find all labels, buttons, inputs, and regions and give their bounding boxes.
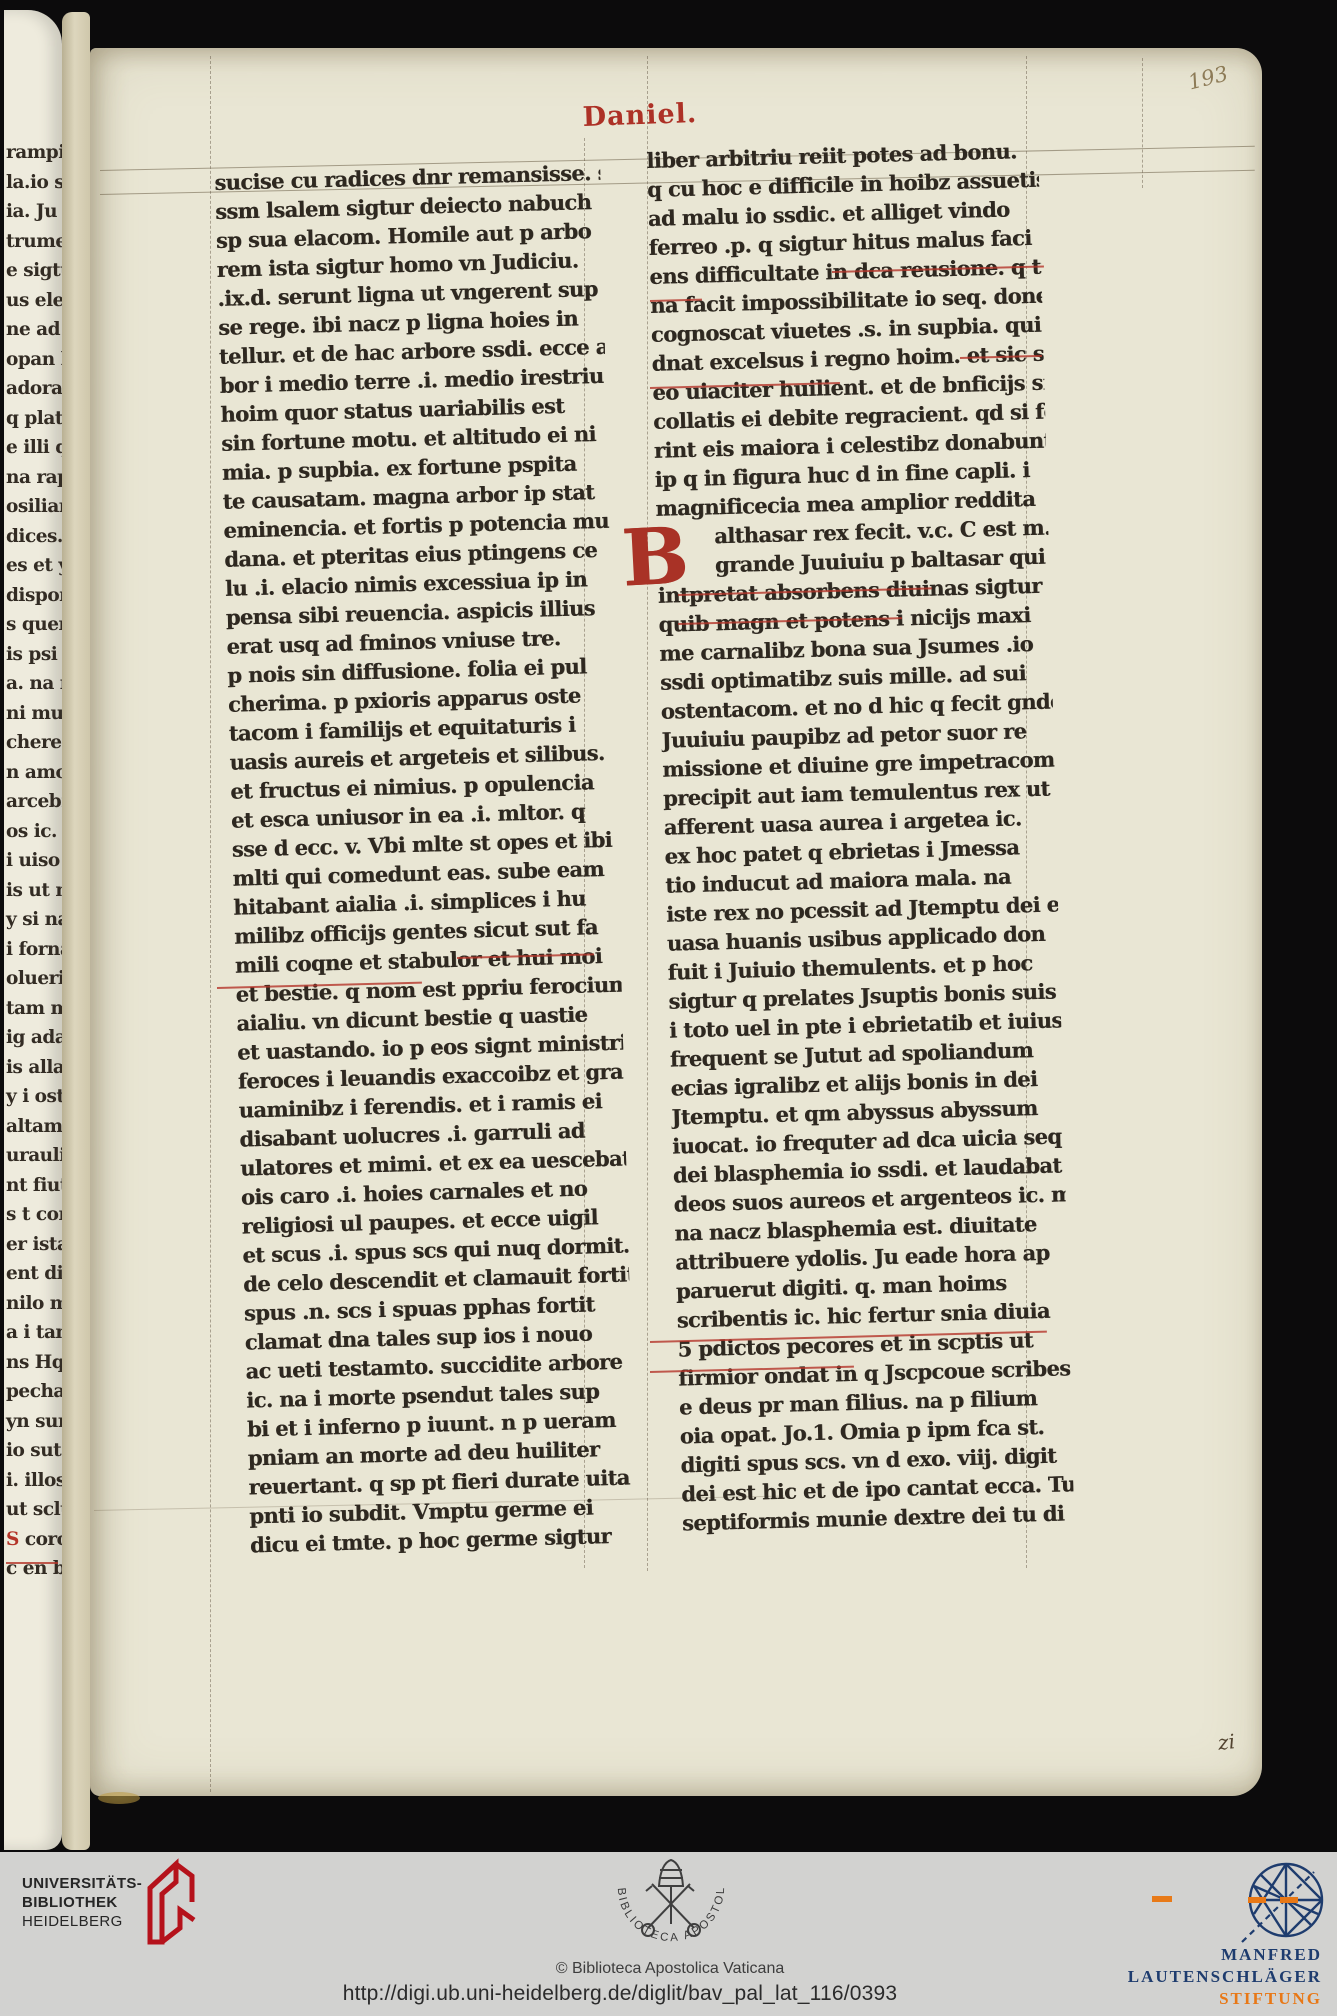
- margin-fragment-line: i. illos ds: [4, 1466, 62, 1496]
- margin-fragment-line: adorant: [4, 374, 62, 404]
- margin-fragment-line: ni muisse: [4, 699, 62, 729]
- margin-fragment-line: nt fiut m: [4, 1171, 62, 1201]
- margin-fragment-line: yn sur tem: [4, 1407, 62, 1437]
- page-fore-edge: [62, 12, 90, 1850]
- margin-fragment-line: e illi que: [4, 433, 62, 463]
- margin-fragment-line: la.io sigt: [4, 168, 62, 198]
- margin-fragment-line: is ut mr: [4, 876, 62, 906]
- margin-fragment-line: a. na ms: [4, 669, 62, 699]
- stiftung-line-2: LAUTENSCHLÄGER: [1128, 1966, 1322, 1988]
- ub-line-1: UNIVERSITÄTS-: [22, 1874, 142, 1893]
- margin-fragment-line: rampi du: [4, 138, 62, 168]
- margin-fragment-line: es et y: [4, 551, 62, 581]
- margin-fragment-line: n amor: [4, 758, 62, 788]
- margin-fragment-line: e sigtur q: [4, 256, 62, 286]
- margin-fragment-line: opan hac: [4, 345, 62, 375]
- margin-fragment-line: oluerit: [4, 964, 62, 994]
- stiftung-line-3: STIFTUNG: [1128, 1988, 1322, 2010]
- margin-fragment-line: ne ad ei: [4, 315, 62, 345]
- margin-fragment-line: c en boris: [4, 1554, 62, 1584]
- ub-heidelberg-wordmark: UNIVERSITÄTS- BIBLIOTHEK HEIDELBERG: [22, 1874, 142, 1931]
- margin-fragment-line: is alla mo: [4, 1053, 62, 1083]
- margin-fragment-line: nilo mole: [4, 1289, 62, 1319]
- margin-fragment-line: disponit: [4, 581, 62, 611]
- ruling-line-vertical: [1142, 58, 1143, 188]
- scanned-manuscript-page: rampi dula.io sigtia. Ju huitrumetae sig…: [0, 0, 1337, 2016]
- margin-fragment-line: q platu: [4, 404, 62, 434]
- margin-fragment-line: na rapem: [4, 463, 62, 493]
- margin-fragment-line: i fornae: [4, 935, 62, 965]
- text-column-right: liber arbitriu reiit potes ad bonu.q cu …: [646, 136, 1074, 1538]
- ruling-line-vertical: [647, 56, 648, 1571]
- margin-fragment-line: ns Hquis: [4, 1348, 62, 1378]
- margin-fragment-line: y i ostensa: [4, 1082, 62, 1112]
- margin-fragment-line: os ic. pe: [4, 817, 62, 847]
- margin-fragment-line: ent diat: [4, 1259, 62, 1289]
- folio-number: 193: [1186, 62, 1231, 95]
- ruling-line-vertical: [210, 56, 211, 1792]
- margin-fragment-line: dices.i.of: [4, 522, 62, 552]
- footer-bar: UNIVERSITÄTS- BIBLIOTHEK HEIDELBERG: [0, 1852, 1337, 2016]
- margin-fragment-line: y si na ad: [4, 905, 62, 935]
- parchment-stain: [98, 1792, 140, 1804]
- rubricated-initial-B: B: [620, 520, 690, 595]
- facing-page-text-fragments: rampi dula.io sigtia. Ju huitrumetae sig…: [4, 10, 62, 1584]
- text-column-left: sucise cu radices dnr remansisse. sssm l…: [214, 158, 636, 1560]
- margin-fragment-line: er ista liba: [4, 1230, 62, 1260]
- margin-fragment-line: i uiso: [4, 846, 62, 876]
- ub-line-3: HEIDELBERG: [22, 1912, 142, 1931]
- margin-fragment-line: s t comen: [4, 1200, 62, 1230]
- facing-page-edge: rampi dula.io sigtia. Ju huitrumetae sig…: [4, 10, 62, 1850]
- margin-fragment-line: is psi tu: [4, 640, 62, 670]
- red-underline: [6, 1562, 58, 1564]
- margin-fragment-line: a i tam: [4, 1318, 62, 1348]
- margin-fragment-line: pechait. ha: [4, 1377, 62, 1407]
- margin-fragment-line: trumeta: [4, 227, 62, 257]
- margin-fragment-line: ig ada ter: [4, 1023, 62, 1053]
- stiftung-orange-dash: [1152, 1896, 1172, 1902]
- margin-fragment-line: s querit: [4, 610, 62, 640]
- source-url: http://digi.ub.uni-heidelberg.de/diglit/…: [240, 1982, 1000, 2006]
- margin-fragment-line: uraulier: [4, 1141, 62, 1171]
- margin-fragment-line: ut sclulciter: [4, 1495, 62, 1525]
- quire-mark: zi: [1217, 1729, 1236, 1755]
- stiftung-line-1: MANFRED: [1128, 1944, 1322, 1966]
- vatican-copyright: © Biblioteca Apostolica Vaticana: [480, 1960, 860, 1978]
- margin-fragment-line: osiliary: [4, 492, 62, 522]
- margin-fragment-line: ia. Ju hui: [4, 197, 62, 227]
- margin-fragment-line: S coronat.: [4, 1525, 62, 1555]
- manuscript-page: 193 Daniel. sucise cu radices dnr remans…: [90, 48, 1262, 1796]
- margin-fragment-line: cherear.: [4, 728, 62, 758]
- vatican-library-emblem: BIBLIOTECA APOSTOLICA VATICANA: [598, 1854, 744, 1964]
- stiftung-wordmark: MANFRED LAUTENSCHLÄGER STIFTUNG: [1128, 1944, 1322, 2010]
- margin-fragment-line: tam mois: [4, 994, 62, 1024]
- ub-heidelberg-book-icon: [136, 1858, 202, 1950]
- margin-fragment-line: us electi: [4, 286, 62, 316]
- ub-line-2: BIBLIOTHEK: [22, 1893, 142, 1912]
- stiftung-globe-icon: [1240, 1856, 1332, 1944]
- margin-fragment-line: io sut ab: [4, 1436, 62, 1466]
- margin-fragment-line: arcebites: [4, 787, 62, 817]
- running-title: Daniel.: [545, 97, 736, 135]
- margin-fragment-line: altamur.: [4, 1112, 62, 1142]
